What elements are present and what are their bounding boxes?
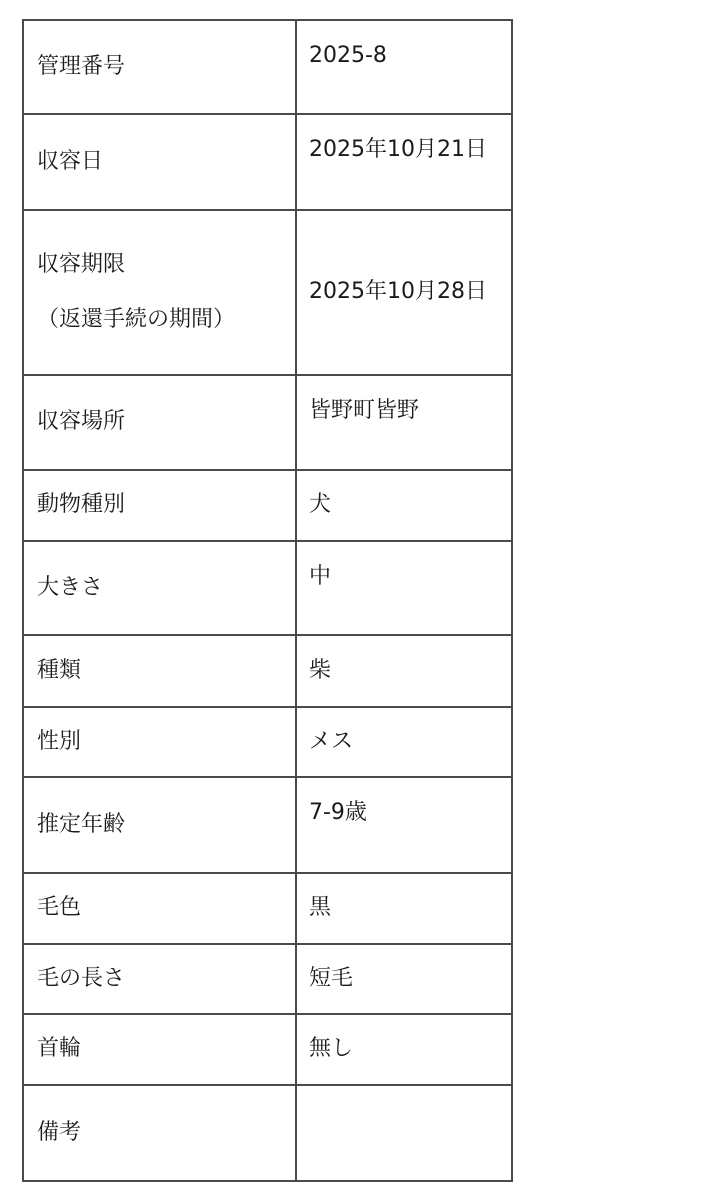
table-row-intake-location: 収容場所 皆野町皆野 <box>23 375 512 470</box>
table-row-breed: 種類 柴 <box>23 635 512 707</box>
table-row-coat-color: 毛色 黒 <box>23 873 512 944</box>
row-value: 皆野町皆野 <box>309 398 419 423</box>
label-cell: 毛の長さ <box>23 944 296 1014</box>
value-cell: メス <box>296 707 512 777</box>
row-label: 収容日 <box>37 149 103 174</box>
value-cell: 犬 <box>296 470 512 541</box>
value-cell: 黒 <box>296 873 512 944</box>
table-row-collar: 首輪 無し <box>23 1014 512 1085</box>
label-cell: 収容場所 <box>23 375 296 470</box>
row-label: 毛の長さ <box>37 966 125 991</box>
label-cell: 収容期限 （返還手続の期間） <box>23 210 296 375</box>
label-cell: 性別 <box>23 707 296 777</box>
animal-info-table: 管理番号 2025-8 収容日 2025年10月21日 収容期限 （返還手続の期… <box>22 19 513 1182</box>
label-cell: 首輪 <box>23 1014 296 1085</box>
row-label: 管理番号 <box>37 54 125 79</box>
row-label: 首輪 <box>37 1036 81 1061</box>
row-label: 性別 <box>37 729 81 754</box>
row-label: 収容場所 <box>37 409 125 434</box>
row-value: 無し <box>309 1036 353 1061</box>
row-label: 毛色 <box>37 895 81 920</box>
row-label: 大きさ <box>37 575 103 600</box>
label-cell: 毛色 <box>23 873 296 944</box>
value-cell: 柴 <box>296 635 512 707</box>
table-row-coat-length: 毛の長さ 短毛 <box>23 944 512 1014</box>
label-cell: 動物種別 <box>23 470 296 541</box>
row-value: 短毛 <box>309 966 353 991</box>
table-row-remarks: 備考 <box>23 1085 512 1181</box>
row-value: 2025年10月21日 <box>309 137 487 162</box>
value-cell: 無し <box>296 1014 512 1085</box>
label-cell: 管理番号 <box>23 20 296 114</box>
row-label: 動物種別 <box>37 492 125 517</box>
value-cell: 7-9歳 <box>296 777 512 873</box>
row-label: 備考 <box>37 1120 81 1145</box>
value-cell: 2025年10月28日 <box>296 210 512 375</box>
row-value: メス <box>309 729 353 754</box>
table-row-intake-date: 収容日 2025年10月21日 <box>23 114 512 210</box>
table-row-intake-deadline: 収容期限 （返還手続の期間） 2025年10月28日 <box>23 210 512 375</box>
row-value: 柴 <box>309 658 331 683</box>
label-cell: 収容日 <box>23 114 296 210</box>
row-value: 7-9歳 <box>309 800 367 825</box>
table-row-sex: 性別 メス <box>23 707 512 777</box>
value-cell: 皆野町皆野 <box>296 375 512 470</box>
table-row-animal-type: 動物種別 犬 <box>23 470 512 541</box>
label-cell: 備考 <box>23 1085 296 1181</box>
row-value: 犬 <box>309 492 331 517</box>
row-label: 収容期限 <box>37 252 295 278</box>
row-value: 中 <box>309 564 331 589</box>
label-cell: 種類 <box>23 635 296 707</box>
value-cell <box>296 1085 512 1181</box>
label-cell: 大きさ <box>23 541 296 635</box>
value-cell: 2025年10月21日 <box>296 114 512 210</box>
value-cell: 2025-8 <box>296 20 512 114</box>
label-cell: 推定年齢 <box>23 777 296 873</box>
value-cell: 短毛 <box>296 944 512 1014</box>
row-value: 2025-8 <box>309 43 387 68</box>
table-row-size: 大きさ 中 <box>23 541 512 635</box>
row-value: 2025年10月28日 <box>309 279 487 304</box>
value-cell: 中 <box>296 541 512 635</box>
table-row-estimated-age: 推定年齢 7-9歳 <box>23 777 512 873</box>
row-label: 推定年齢 <box>37 812 125 837</box>
row-value: 黒 <box>309 895 331 920</box>
table-row-management-number: 管理番号 2025-8 <box>23 20 512 114</box>
row-label-sub: （返還手続の期間） <box>37 307 295 333</box>
row-label: 種類 <box>37 658 81 683</box>
